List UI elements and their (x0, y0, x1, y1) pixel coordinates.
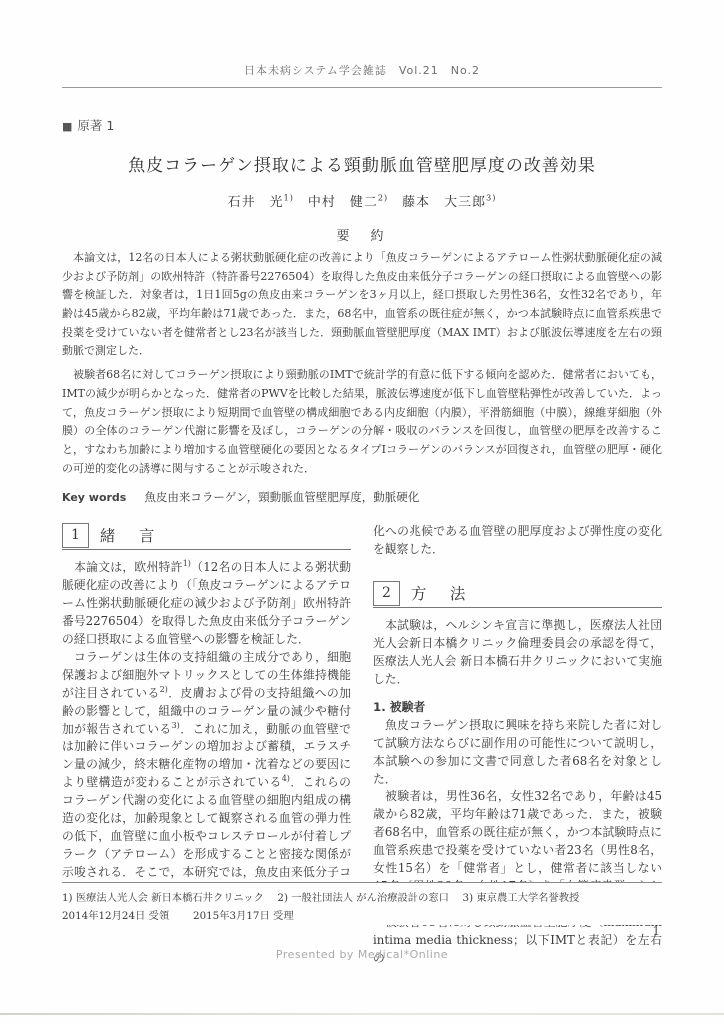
section-2-paragraph-1: 本試験は，ヘルシンキ宣言に準拠し，医療法人社団光人会新日本橋クリニック倫理委員会… (373, 617, 662, 689)
section-1-heading: 1 緒 言 (62, 523, 351, 550)
abstract-block: 要 約 本論文は，12名の日本人による粥状動脈硬化症の改善により「魚皮コラーゲン… (62, 225, 662, 505)
keywords-line: Key words 魚皮由来コラーゲン，頸動脈血管壁肥厚度，動脈硬化 (62, 489, 662, 505)
footnote-affiliations: 1) 医療法人光人会 新日本橋石井クリニック 2) 一般社団法人 がん治療設計の… (62, 889, 662, 907)
section-1-paragraph-2: コラーゲンは生体の支持組織の主成分であり，細胞保護および細胞外マトリックスとして… (62, 649, 351, 918)
section-2-number: 2 (373, 581, 400, 606)
keywords-text: 魚皮由来コラーゲン，頸動脈血管壁肥厚度，動脈硬化 (144, 489, 419, 505)
subsection-subjects-title: 1. 被験者 (373, 698, 662, 715)
section-2-heading: 2 方 法 (373, 581, 662, 608)
authors-line: 石井 光1) 中村 健二2) 藤本 大三郎3) (62, 191, 662, 210)
abstract-paragraph-2: 被験者68名に対してコラーゲン摂取により頸動脈のIMTで統計学的有意に低下する傾… (62, 366, 662, 478)
subsection-subjects-paragraph-1: 魚皮コラーゲン摂取に興味を持ち来院した者に対して試験方法ならびに副作用の可能性に… (373, 717, 662, 789)
keywords-label: Key words (62, 491, 126, 504)
footnote-dates: 2014年12月24日 受領 2015年3月17日 受理 (62, 907, 662, 925)
scanned-journal-page: 日本未病システム学会雑誌 Vol.21 No.2 ■原著 1 魚皮コラーゲン摂取… (0, 0, 724, 1024)
scan-edge-shadow (0, 1013, 724, 1015)
journal-header: 日本未病システム学会雑誌 Vol.21 No.2 (62, 62, 662, 78)
article-type-text: 原著 1 (77, 118, 114, 133)
section-1-number: 1 (62, 523, 89, 548)
article-type-label: ■原著 1 (62, 116, 662, 134)
header-divider (62, 87, 662, 88)
footnote-block: 1) 医療法人光人会 新日本橋石井クリニック 2) 一般社団法人 がん治療設計の… (62, 882, 662, 925)
page-title: 魚皮コラーゲン摂取による頸動脈血管壁肥厚度の改善効果 (62, 151, 662, 176)
abstract-heading: 要 約 (62, 225, 662, 244)
section-1-continuation: 化への兆候である血管壁の肥厚度および弾性度の変化を観察した． (373, 523, 662, 559)
page-number: 1 (652, 924, 660, 938)
square-bullet-icon: ■ (62, 120, 72, 133)
section-1-paragraph-1: 本論文は，欧州特許1)（12名の日本人による粥状動脈硬化症の改善により（「魚皮コ… (62, 559, 351, 649)
section-1-title: 緒 言 (100, 524, 159, 549)
abstract-paragraph-1: 本論文は，12名の日本人による粥状動脈硬化症の改善により「魚皮コラーゲンによるア… (62, 249, 662, 361)
section-2-title: 方 法 (411, 582, 470, 607)
watermark-text: Presented by Medical*Online (0, 948, 724, 961)
